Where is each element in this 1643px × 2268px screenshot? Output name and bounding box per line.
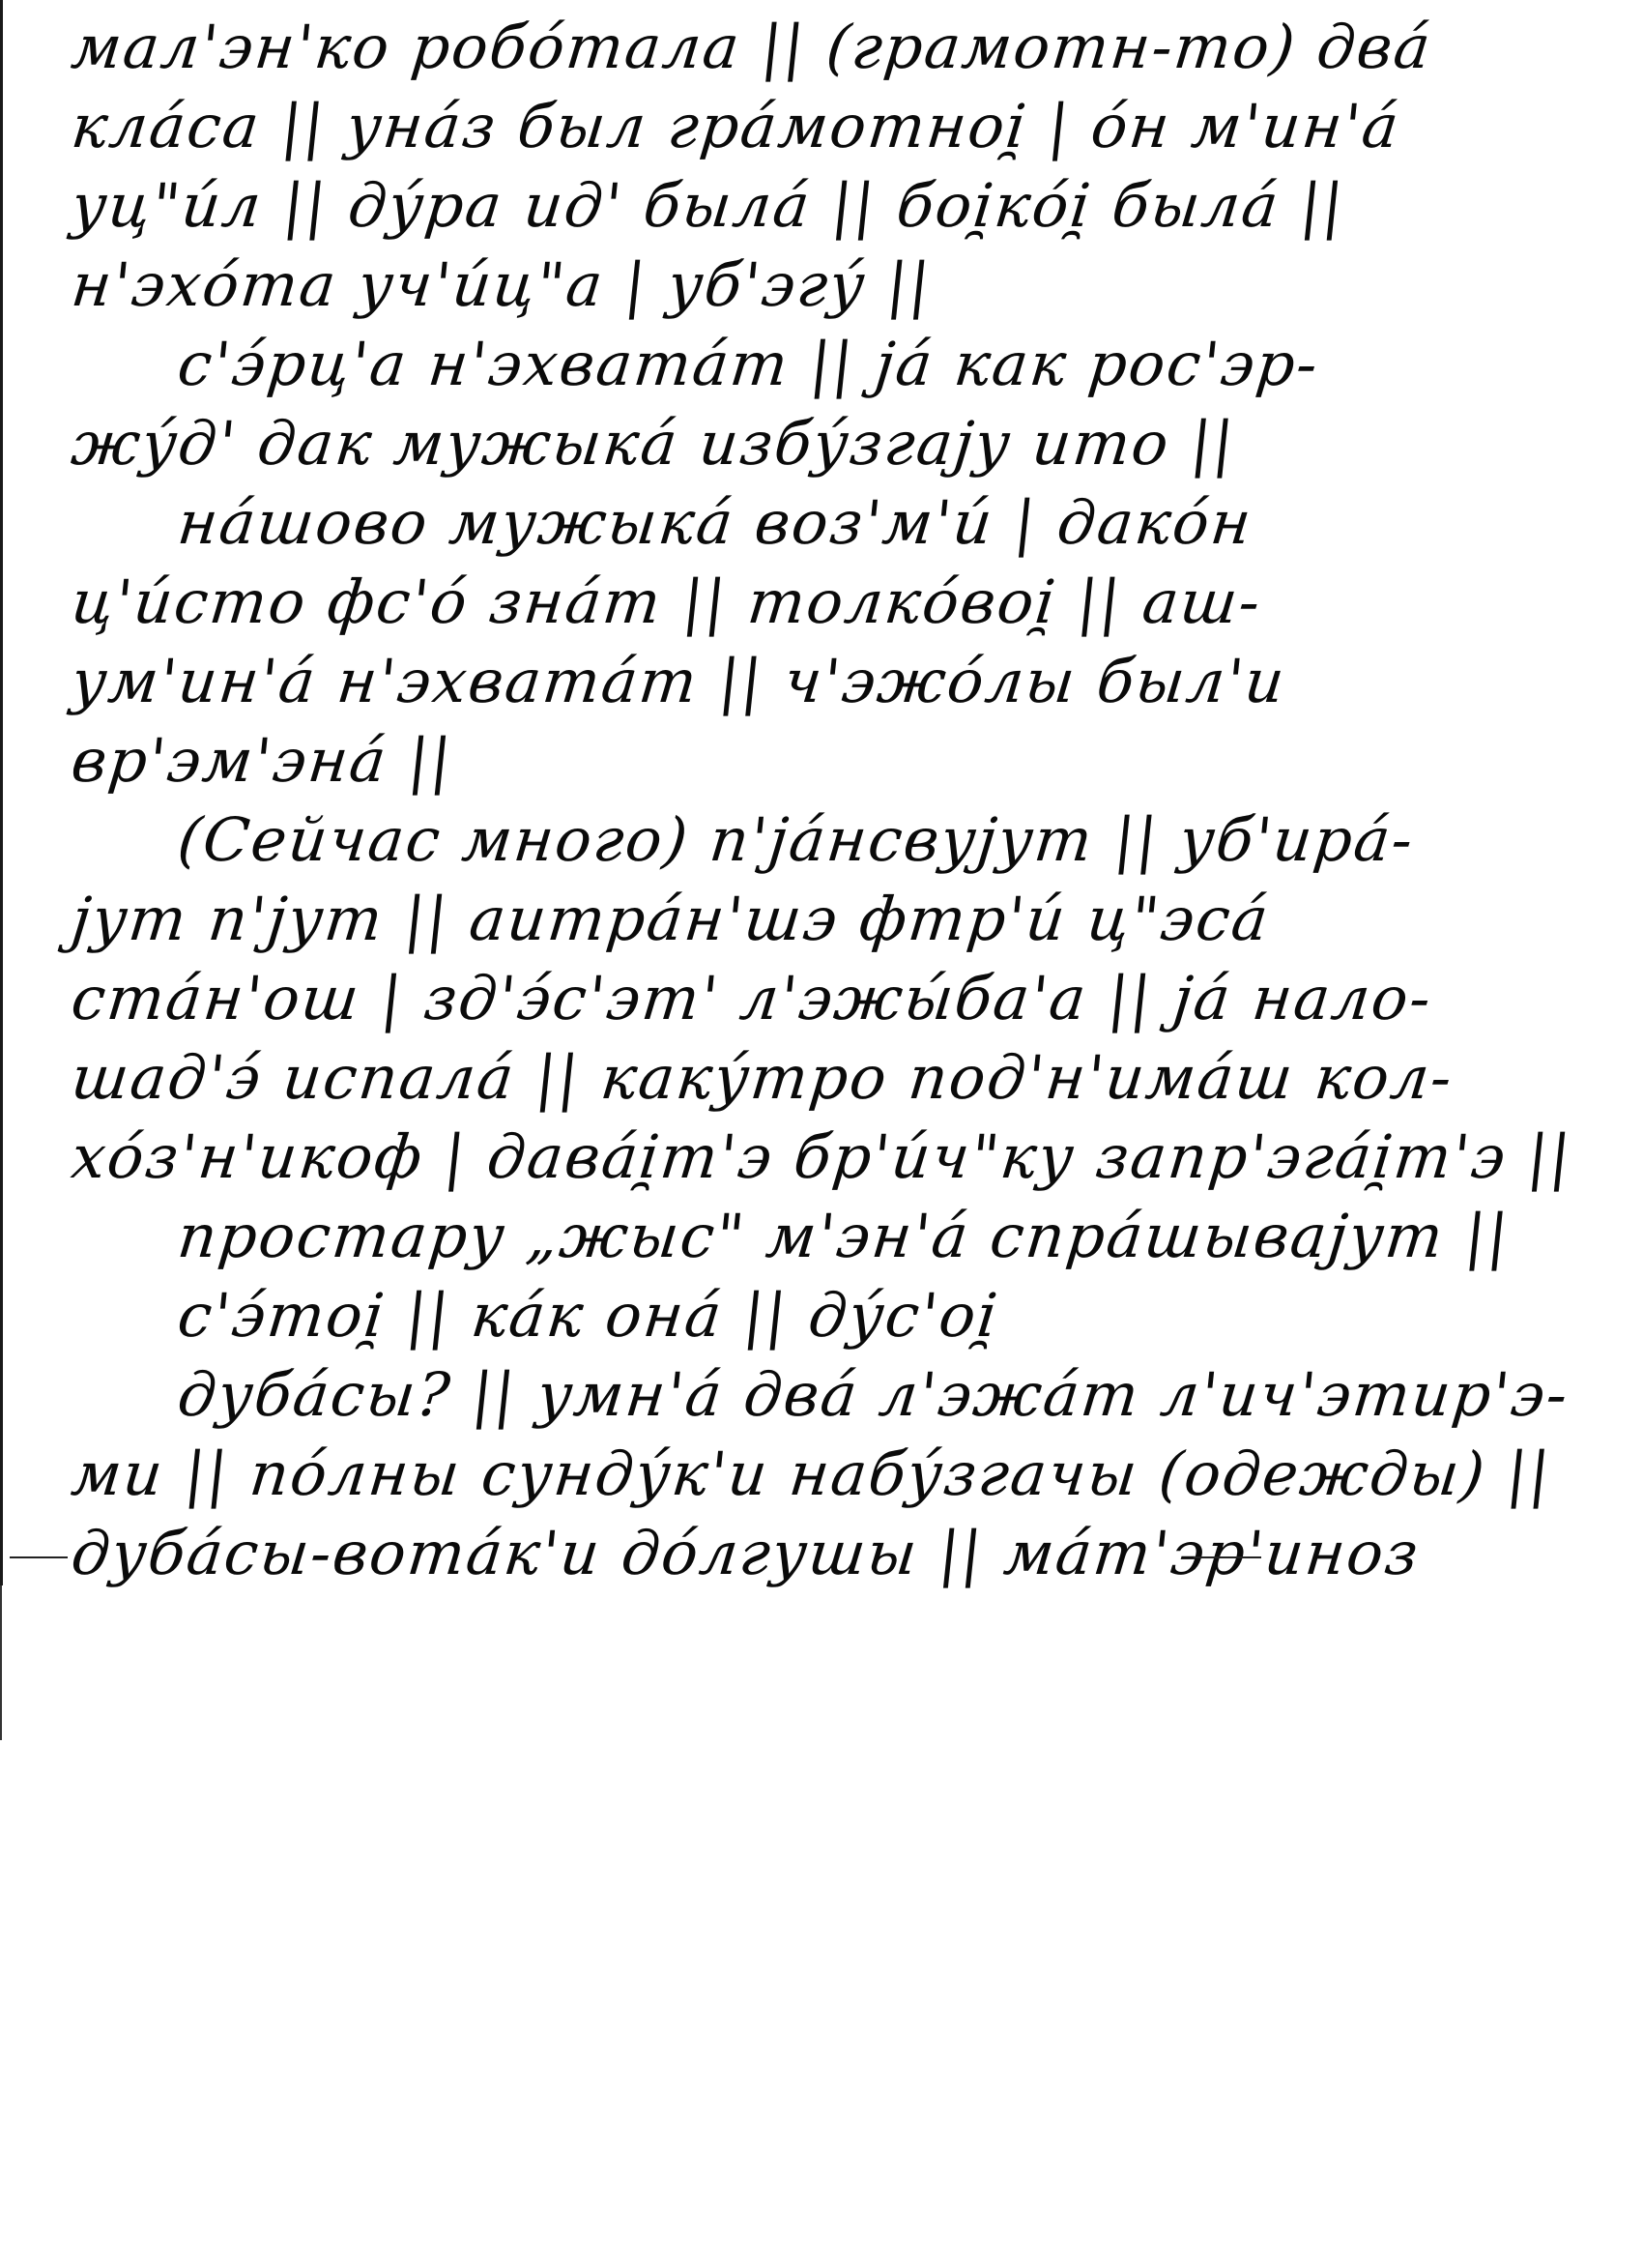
text-line: вр'эм'эна́ ||	[68, 721, 1294, 800]
text-line: ц'и́сто фс'о́ зна́т || толко́воі̯ || аш-	[68, 563, 1294, 642]
text-line: на́шово мужыка́ воз'м'и́ | дако́н	[68, 483, 1294, 563]
text-line: шад'э́ испала́ || каку́тро под'н'има́ш к…	[68, 1038, 1294, 1118]
text-line: хо́з'н'икоф | дава́і̯т'э бр'и́ч"ку запр'…	[68, 1118, 1294, 1197]
page-bottom-rule-left	[10, 1556, 68, 1558]
text-line: с'э́рц'а н'эхвата́т || ја́ как рос'эр-	[68, 325, 1294, 404]
text-line: н'эхо́та уч'и́ц"а | уб'эгу́ ||	[68, 246, 1294, 325]
text-line: дуба́сы-вота́к'и до́лгушы || ма́т'эр'ино…	[68, 1514, 1294, 1593]
text-line: ум'ин'а́ н'эхвата́т || ч'эжо́лы был'и	[68, 642, 1294, 721]
text-line: мал'эн'ко робо́тала || (грамотн-то) два́	[68, 8, 1294, 87]
text-line: жу́д' дак мужыка́ избу́згају ито ||	[68, 404, 1294, 483]
text-line: јут п'јут || аитра́н'шэ фтр'и́ ц"эса́	[68, 880, 1294, 959]
text-line: уц"и́л || ду́ра ид' была́ || боі̯ко́і̯ б…	[68, 166, 1294, 246]
page-bottom-rule-right	[1194, 1556, 1261, 1558]
text-line: ста́н'ош | зд'э́с'эт' л'эжы́ба'а || ја́ …	[68, 959, 1294, 1038]
scan-left-edge-lower	[0, 1585, 2, 1740]
text-line: ми || по́лны сунду́к'и набу́згачы (одежд…	[68, 1435, 1294, 1514]
text-line: (Сейчас много) п'ја́нсвујут || уб'ира́-	[68, 800, 1294, 880]
text-line: дуба́сы? || умн'а́ два́ л'эжа́т л'ич'эти…	[68, 1355, 1294, 1435]
text-line: кла́са || уна́з был гра́мотноі̯ | о́н м'…	[68, 87, 1294, 166]
document-page: мал'эн'ко робо́тала || (грамотн-то) два́…	[0, 0, 1643, 2268]
text-line: простару „жыс" м'эн'а́ спра́шывајут ||	[68, 1197, 1294, 1276]
handwritten-text-block: мал'эн'ко робо́тала || (грамотн-то) два́…	[68, 8, 1285, 1593]
text-line: с'э́тоі̯ || ка́к она́ || ду́с'оі̯	[68, 1276, 1294, 1355]
scan-left-edge	[0, 0, 3, 1585]
